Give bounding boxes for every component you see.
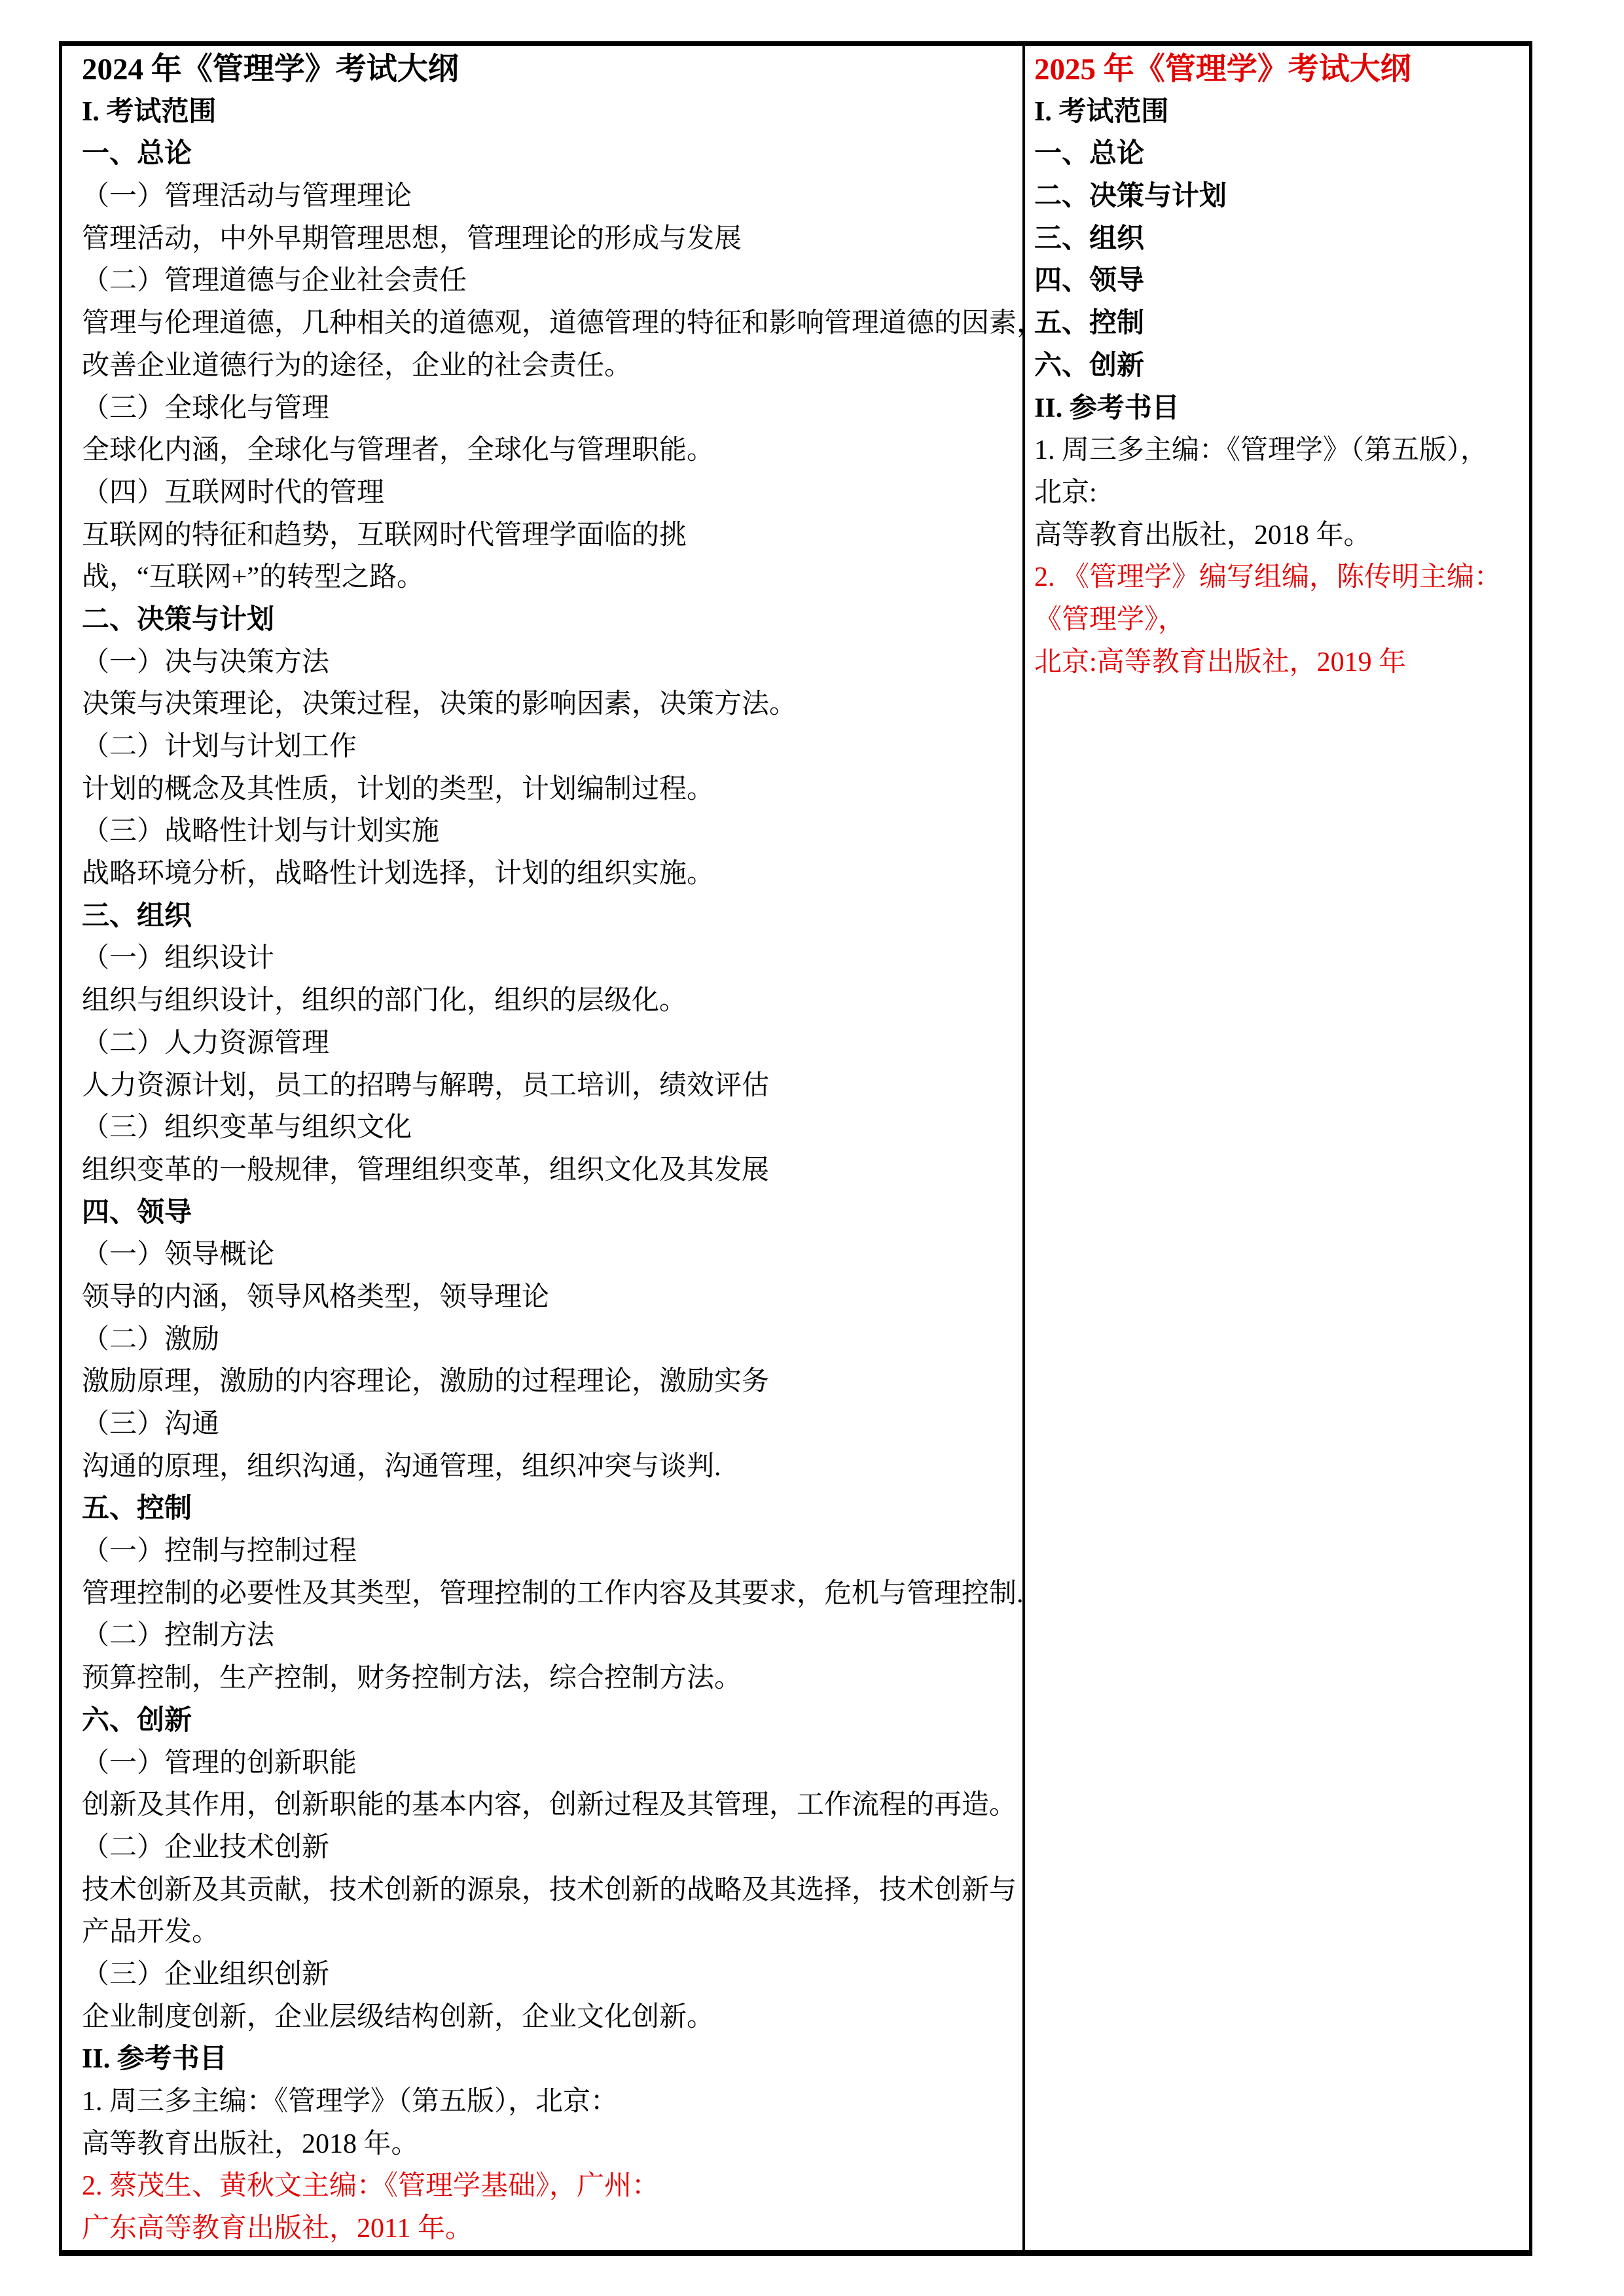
text-line: 一、总论 (1034, 133, 1520, 175)
text-line: （一）控制与控制过程 (82, 1530, 1013, 1573)
text-line: （二）计划与计划工作 (82, 726, 1013, 768)
text-line: 高等教育出版社，2018 年。 (82, 2123, 1013, 2166)
text-line: （二）企业技术创新 (82, 1827, 1013, 1869)
text-line: 高等教育出版社，2018 年。 (1034, 514, 1520, 557)
text-line: （一）管理的创新职能 (82, 1742, 1013, 1785)
text-line: （三）全球化与管理 (82, 387, 1013, 430)
text-line: 2024 年《管理学》考试大纲 (82, 48, 1013, 91)
text-line: 北京: (1034, 472, 1520, 514)
text-line: （三）战略性计划与计划实施 (82, 810, 1013, 853)
text-line: 决策与决策理论，决策过程，决策的影响因素，决策方法。 (82, 683, 1013, 726)
text-line: 计划的概念及其性质，计划的类型，计划编制过程。 (82, 768, 1013, 811)
text-line: 2025 年《管理学》考试大纲 (1034, 48, 1520, 91)
text-line: 六、创新 (82, 1700, 1013, 1742)
text-line: 三、组织 (82, 895, 1013, 938)
text-line: 2. 《管理学》编写组编，陈传明主编： (1034, 556, 1520, 599)
text-line: 二、决策与计划 (82, 599, 1013, 641)
text-line: 企业制度创新，企业层级结构创新，企业文化创新。 (82, 1996, 1013, 2039)
text-line: II. 参考书目 (82, 2038, 1013, 2081)
text-line: 《管理学》， (1034, 599, 1520, 641)
text-line: 北京:高等教育出版社，2019 年 (1034, 641, 1520, 684)
text-line: （一）管理活动与管理理论 (82, 175, 1013, 218)
text-line: I. 考试范围 (82, 91, 1013, 134)
text-line: II. 参考书目 (1034, 387, 1520, 430)
text-line: 全球化内涵，全球化与管理者，全球化与管理职能。 (82, 429, 1013, 472)
text-line: 战略环境分析，战略性计划选择，计划的组织实施。 (82, 853, 1013, 895)
text-line: （二）控制方法 (82, 1615, 1013, 1657)
text-line: 五、控制 (82, 1488, 1013, 1530)
text-line: 战，“互联网+”的转型之路。 (82, 556, 1013, 599)
text-line: （一）决与决策方法 (82, 641, 1013, 684)
text-line: 1. 周三多主编：《管理学》（第五版），北京： (82, 2081, 1013, 2123)
text-line: 技术创新及其贡献，技术创新的源泉，技术创新的战略及其选择，技术创新与 (82, 1869, 1013, 1912)
text-line: 领导的内涵，领导风格类型，领导理论 (82, 1276, 1013, 1319)
text-line: 产品开发。 (82, 1911, 1013, 1954)
text-line: （一）领导概论 (82, 1234, 1013, 1276)
text-line: （二）管理道德与企业社会责任 (82, 260, 1013, 302)
text-line: 人力资源计划，员工的招聘与解聘，员工培训，绩效评估 (82, 1065, 1013, 1107)
text-line: （四）互联网时代的管理 (82, 472, 1013, 514)
text-line: （二）人力资源管理 (82, 1022, 1013, 1065)
syllabus-2024-column: 2024 年《管理学》考试大纲I. 考试范围一、总论（一）管理活动与管理理论管理… (62, 46, 1025, 2250)
text-line: 组织与组织设计，组织的部门化，组织的层级化。 (82, 980, 1013, 1022)
text-line: 互联网的特征和趋势，互联网时代管理学面临的挑 (82, 514, 1013, 557)
text-line: 四、领导 (1034, 260, 1520, 302)
text-line: 管理与伦理道德，几种相关的道德观，道德管理的特征和影响管理道德的因素， (82, 302, 1013, 345)
text-line: 二、决策与计划 (1034, 175, 1520, 218)
comparison-table: 2024 年《管理学》考试大纲I. 考试范围一、总论（一）管理活动与管理理论管理… (59, 41, 1532, 2256)
document-page: { "colors": { "red": "#e00000", "text": … (0, 0, 1624, 2296)
text-line: 2. 蔡茂生、黄秋文主编：《管理学基础》，广州： (82, 2165, 1013, 2208)
text-line: （二）激励 (82, 1319, 1013, 1361)
text-line: （三）沟通 (82, 1403, 1013, 1446)
syllabus-2025-column: 2025 年《管理学》考试大纲I. 考试范围一、总论二、决策与计划三、组织四、领… (1025, 46, 1529, 2250)
text-line: I. 考试范围 (1034, 91, 1520, 134)
text-line: 四、领导 (82, 1192, 1013, 1234)
text-line: 六、创新 (1034, 345, 1520, 387)
text-line: 预算控制，生产控制，财务控制方法，综合控制方法。 (82, 1657, 1013, 1700)
text-line: （三）企业组织创新 (82, 1954, 1013, 1996)
text-line: 激励原理，激励的内容理论，激励的过程理论，激励实务 (82, 1361, 1013, 1403)
text-line: （三）组织变革与组织文化 (82, 1107, 1013, 1149)
text-line: 管理控制的必要性及其类型，管理控制的工作内容及其要求，危机与管理控制. (82, 1573, 1013, 1615)
text-line: 广东高等教育出版社，2011 年。 (82, 2208, 1013, 2250)
text-line: 组织变革的一般规律，管理组织变革，组织文化及其发展 (82, 1149, 1013, 1192)
text-line: 一、总论 (82, 133, 1013, 175)
text-line: 五、控制 (1034, 302, 1520, 345)
text-line: 创新及其作用，创新职能的基本内容，创新过程及其管理，工作流程的再造。 (82, 1784, 1013, 1827)
text-line: 1. 周三多主编：《管理学》（第五版）， (1034, 429, 1520, 472)
text-line: （一）组织设计 (82, 937, 1013, 980)
text-line: 沟通的原理，组织沟通，沟通管理，组织冲突与谈判. (82, 1446, 1013, 1488)
text-line: 三、组织 (1034, 218, 1520, 260)
text-line: 管理活动，中外早期管理思想，管理理论的形成与发展 (82, 218, 1013, 260)
text-line: 改善企业道德行为的途径，企业的社会责任。 (82, 345, 1013, 387)
